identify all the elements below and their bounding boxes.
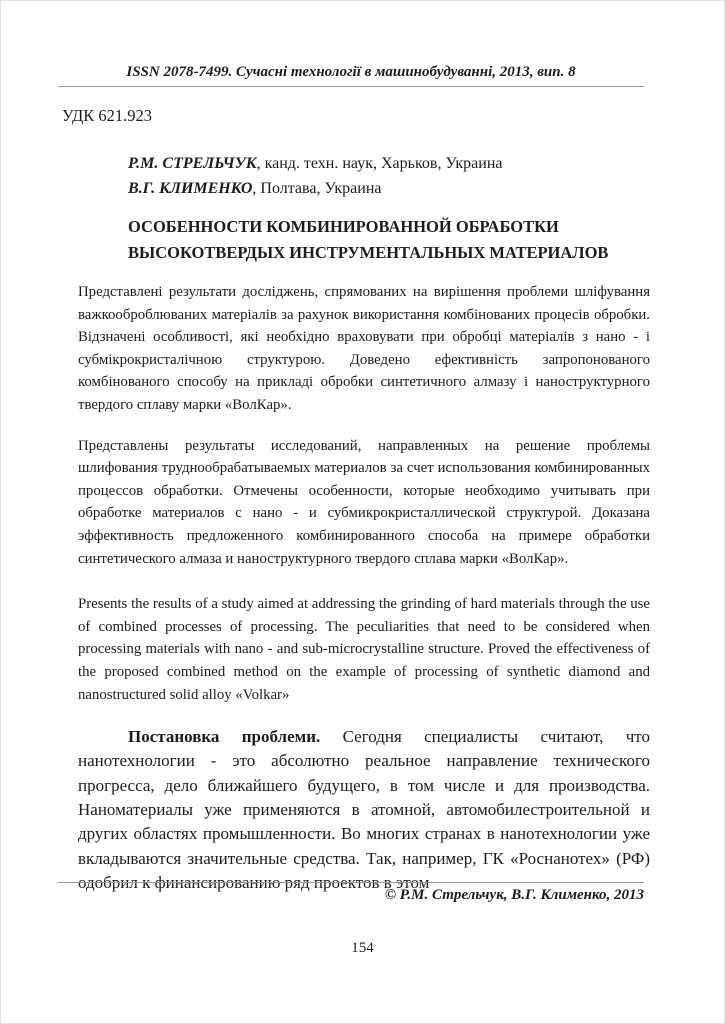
abstract-ukrainian: Представлені результати досліджень, спря… <box>78 281 650 417</box>
author-line-2: В.Г. КЛИМЕНКО, Полтава, Украина <box>128 176 725 201</box>
body-text: Сегодня специалисты считают, что нанотех… <box>78 727 650 892</box>
body-paragraph: Постановка проблеми. Сегодня специалисты… <box>78 725 650 895</box>
author-name-2: В.Г. КЛИМЕНКО <box>128 180 252 197</box>
section-heading: Постановка проблеми. <box>128 727 320 746</box>
article-title: ОСОБЕННОСТИ КОМБИНИРОВАННОЙ ОБРАБОТКИ ВЫ… <box>128 214 648 266</box>
author-affiliation-1: , канд. техн. наук, Харьков, Украина <box>257 155 503 172</box>
udc-code: УДК 621.923 <box>62 106 725 126</box>
journal-running-header: ISSN 2078-7499. Сучасні технології в маш… <box>58 64 644 87</box>
authors-block: Р.М. СТРЕЛЬЧУК, канд. техн. наук, Харько… <box>128 151 725 201</box>
abstract-russian: Представлены результаты исследований, на… <box>78 435 650 571</box>
author-affiliation-2: , Полтава, Украина <box>252 180 381 197</box>
author-name-1: Р.М. СТРЕЛЬЧУК <box>128 155 257 172</box>
abstract-english: Presents the results of a study aimed at… <box>78 593 650 706</box>
page-footer: © Р.М. Стрельчук, В.Г. Клименко, 2013 <box>58 882 644 905</box>
copyright-line: © Р.М. Стрельчук, В.Г. Клименко, 2013 <box>58 886 644 905</box>
document-page: ISSN 2078-7499. Сучасні технології в маш… <box>0 0 725 1024</box>
page-number: 154 <box>0 940 725 957</box>
author-line-1: Р.М. СТРЕЛЬЧУК, канд. техн. наук, Харько… <box>128 151 725 176</box>
